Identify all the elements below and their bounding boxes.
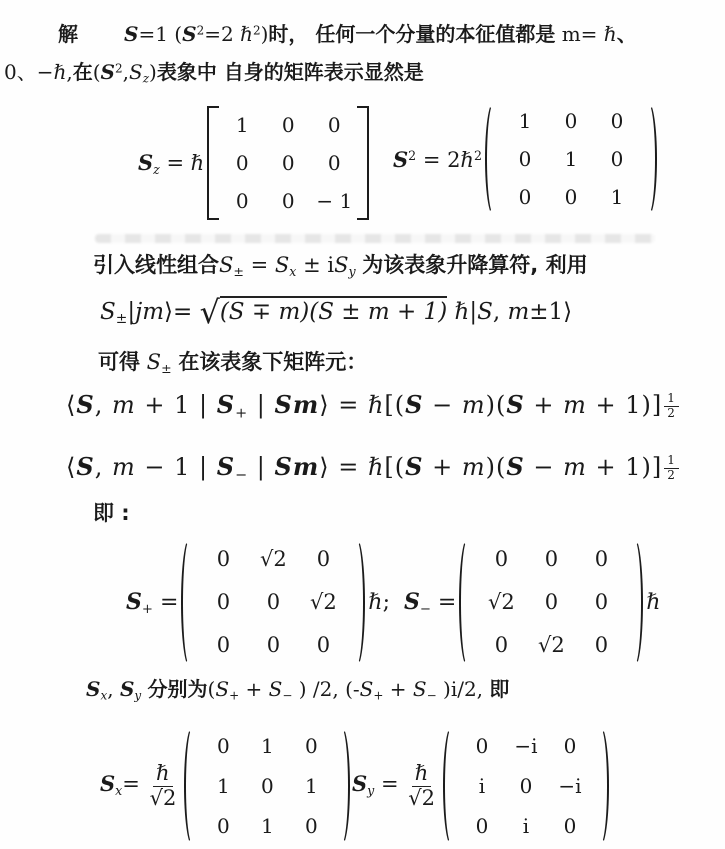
matrix-cell: 0 (476, 538, 526, 581)
math-token: [( (384, 453, 405, 481)
matrix-right-bracket (592, 726, 609, 846)
math-token: ℏ√2 (408, 762, 435, 809)
matrix-cell: 0 (548, 178, 594, 216)
math-token: m (507, 299, 529, 325)
math-token: S (217, 390, 235, 419)
math-token: m= (555, 22, 603, 46)
math-token: ℏ (604, 22, 617, 46)
math-token: + (239, 677, 268, 701)
math-token: − (525, 453, 563, 481)
matrix-cell: 0 (248, 624, 298, 667)
s-squared-matrix: 100010001 (485, 102, 657, 216)
matrix-cell: 0 (311, 106, 357, 144)
math-token: ± (116, 311, 128, 327)
matrix-cell: 0 (594, 140, 640, 178)
matrix-cell: 1 (245, 806, 289, 846)
math-token: ℏ (368, 453, 384, 481)
math-token: − (420, 601, 431, 616)
matrix-cell: 0 (289, 806, 333, 846)
sx-matrix-equation: Sx= ℏ√2 010101010 (100, 726, 353, 846)
math-token: ⟩= (164, 299, 200, 325)
math-token: jm (135, 299, 164, 325)
matrix-cell: 0 (198, 538, 248, 581)
math-token: + (229, 689, 239, 703)
math-token: Sm (274, 452, 319, 481)
matrix-cell: √2 (526, 624, 576, 667)
matrix-left-bracket (181, 538, 198, 667)
math-token: ± (161, 361, 172, 376)
math-token: 2 (115, 61, 123, 75)
s-squared-matrix-equation: S2 = 2ℏ2 100010001 (393, 102, 660, 216)
math-token: ℏ (191, 151, 205, 175)
math-token: √ (200, 295, 220, 331)
math-token: + (235, 405, 248, 421)
math-token: y (348, 264, 355, 279)
matrix-grid: 0−i0i0−i0i0 (460, 726, 592, 846)
math-token: S (275, 253, 289, 277)
sy-equation-label: Sy = ℏ√2 (352, 762, 440, 809)
matrix-cell: 0 (265, 182, 311, 220)
math-token: + 1)] (587, 391, 662, 419)
math-token: m (462, 453, 486, 481)
matrix-cell: 0 (476, 624, 526, 667)
math-token: )( (486, 453, 507, 481)
sy-matrix: 0−i0i0−i0i0 (443, 726, 609, 846)
sx-equation-label: Sx= ℏ√2 (100, 762, 181, 809)
solution-intro-line-2: 0、−ℏ,在(S2,Sz)表象中 自身的矩阵表示显然是 (4, 60, 424, 87)
matrix-cell: 0 (265, 106, 311, 144)
matrix-cell: 1 (289, 766, 333, 806)
math-token: S (352, 772, 367, 797)
s-squared-equation-label: S2 = 2ℏ2 (393, 147, 482, 172)
math-token: S (334, 253, 348, 277)
math-token: ± i (296, 253, 334, 277)
math-token: S (76, 452, 94, 481)
math-token: ℏ (454, 299, 469, 325)
matrix-cell: 1 (548, 140, 594, 178)
math-token: z (153, 161, 160, 176)
sz-equation-label: Sz = ℏ (138, 150, 204, 177)
math-token: S (413, 677, 427, 701)
math-token: 分别为 (148, 677, 208, 701)
math-token: ℏ (646, 590, 660, 615)
math-token: m (112, 391, 136, 419)
math-token: ℏ (368, 391, 384, 419)
math-token: ± (233, 264, 244, 279)
matrix-cell: √2 (248, 538, 298, 581)
s-minus-hbar-suffix: ℏ (646, 590, 660, 615)
matrix-cell: 0 (526, 538, 576, 581)
math-token: S (101, 60, 115, 84)
math-token: 可得 (98, 350, 140, 374)
matrix-cell: 0 (219, 182, 265, 220)
math-token: 12 (664, 392, 679, 420)
math-token: 0、− (4, 60, 53, 84)
math-token: + 1)] (587, 453, 662, 481)
matrix-cell: 0 (548, 806, 592, 846)
math-token: S (404, 589, 420, 615)
math-token: (S ∓ m)(S ± m + 1) (220, 296, 447, 325)
math-token: | (127, 299, 135, 325)
matrix-cell: 0 (548, 102, 594, 140)
math-token: S (76, 390, 94, 419)
math-token: ( (93, 60, 101, 84)
math-token: 表象中 自身的矩阵表示显然是 (157, 60, 424, 84)
math-token: + 1 | (136, 391, 217, 419)
math-token: ) /2, (- (292, 677, 359, 701)
math-token: S (269, 677, 283, 701)
matrix-cell: 0 (245, 766, 289, 806)
math-token: S (129, 60, 143, 84)
math-token: | (248, 391, 274, 419)
math-token: ℏ (53, 60, 66, 84)
math-token: , (95, 453, 112, 481)
math-token: [( (384, 391, 405, 419)
math-token: S (393, 147, 408, 172)
matrix-left-bracket (459, 538, 476, 667)
math-token: + (525, 391, 563, 419)
matrix-cell: 1 (245, 726, 289, 766)
sy-matrix-equation: Sy = ℏ√2 0−i0i0−i0i0 (352, 726, 612, 846)
namely-label: 即 : (93, 500, 130, 526)
math-token: 时， 任何一个分量的本征值都是 (268, 22, 555, 46)
math-token: = 2 (416, 148, 460, 172)
matrix-left-bracket (485, 102, 502, 216)
math-token: ℏ (368, 590, 382, 615)
matrix-cell: 0 (201, 726, 245, 766)
matrix-right-bracket (357, 106, 369, 220)
math-token: S (215, 677, 229, 701)
math-token: S (405, 390, 423, 419)
math-token: = (153, 590, 178, 615)
math-token: = (374, 773, 405, 797)
math-token: , (107, 677, 120, 701)
math-token: m (563, 453, 587, 481)
matrix-cell: 0 (289, 726, 333, 766)
matrix-grid: 0√2000√2000 (198, 538, 348, 667)
math-token: m (563, 391, 587, 419)
s-minus-matrix: 000√2000√20 (459, 538, 643, 667)
math-token: 2 (253, 23, 261, 37)
math-token: )( (486, 391, 507, 419)
math-token: =1 ( (138, 22, 182, 46)
matrix-grid: 10000000− 1 (219, 106, 357, 220)
math-token: S (86, 677, 100, 701)
matrix-cell: − 1 (311, 182, 357, 220)
math-token: , (95, 391, 112, 419)
matrix-left-bracket (207, 106, 219, 220)
math-token: ℏ√2 (150, 762, 177, 809)
math-token: S (138, 150, 153, 175)
math-token: − (424, 391, 462, 419)
math-token: S (126, 589, 142, 615)
matrix-grid: 100010001 (502, 102, 640, 216)
s-minus-matrix-element-formula: ⟨S, m − 1 | S− | Sm⟩ = ℏ[(S + m)(S − m +… (66, 452, 679, 484)
matrix-grid: 000√2000√20 (476, 538, 626, 667)
matrix-grid: 010101010 (201, 726, 333, 846)
math-token: + (424, 453, 462, 481)
math-token: 为该表象升降算符, 利用 (362, 253, 587, 277)
math-token: − 1 | (136, 453, 217, 481)
math-token: ) (149, 60, 157, 84)
math-token: , (493, 299, 508, 325)
sx-matrix: 010101010 (184, 726, 350, 846)
ladder-action-formula: S±|jm⟩= √(S ∓ m)(S ± m + 1) ℏ|S, m±1⟩ (100, 298, 572, 330)
math-token: ±1⟩ (529, 299, 572, 325)
math-token: ℏ (240, 22, 253, 46)
matrix-cell: i (504, 806, 548, 846)
s-plus-matrix: 0√2000√2000 (181, 538, 365, 667)
matrix-right-bracket (348, 538, 365, 667)
matrix-cell: 0 (298, 538, 348, 581)
math-token: =2 (204, 22, 240, 46)
matrix-cell: √2 (298, 581, 348, 624)
sx-sy-definition-line: Sx, Sy 分别为(S+ + S− ) /2, (-S+ + S− )i/2,… (86, 677, 509, 704)
math-token: S (124, 22, 138, 46)
sz-matrix-equation: Sz = ℏ 10000000− 1 (138, 106, 372, 220)
matrix-cell: 0 (526, 581, 576, 624)
matrix-cell: 0 (460, 726, 504, 766)
math-token: 、 (617, 22, 637, 46)
raising-lowering-matrices-row: S+ = 0√2000√2000 ℏ; S− = 000√2000√20 ℏ (126, 538, 661, 667)
math-token: 在 (73, 60, 93, 84)
math-token: | (469, 299, 477, 325)
matrix-cell: √2 (476, 581, 526, 624)
math-token: 即 : (93, 501, 130, 525)
matrix-cell: 0 (219, 144, 265, 182)
s-minus-equation-label: S− = (404, 589, 456, 617)
matrix-cell: 0 (504, 766, 548, 806)
s-plus-matrix-element-formula: ⟨S, m + 1 | S+ | Sm⟩ = ℏ[(S − m)(S + m +… (66, 390, 679, 422)
scanned-physics-solution-page: 解S=1 (S2=2 ℏ2)时， 任何一个分量的本征值都是 m= ℏ、 0、−ℏ… (0, 0, 725, 849)
math-token: ; (383, 590, 390, 615)
math-token: − (235, 467, 248, 483)
matrix-cell: 0 (298, 624, 348, 667)
math-token: m (462, 391, 486, 419)
math-token: S (477, 299, 493, 325)
math-token: S (217, 452, 235, 481)
scan-smudge-artifact (95, 234, 655, 243)
math-token: S (405, 452, 423, 481)
matrix-cell: i (460, 766, 504, 806)
matrix-cell: 0 (460, 806, 504, 846)
math-token: 2 (408, 148, 416, 163)
matrix-cell: 0 (265, 144, 311, 182)
matrix-cell: 0 (576, 538, 626, 581)
math-token: ⟩ = (319, 453, 368, 481)
math-token: | (248, 453, 274, 481)
matrix-cell: 1 (594, 178, 640, 216)
matrix-cell: 0 (201, 806, 245, 846)
math-token: ℏ (461, 148, 475, 172)
s-plus-equation-label: S+ = (126, 589, 178, 617)
matrix-cell: 0 (576, 624, 626, 667)
math-token: )i/2, (437, 677, 490, 701)
matrix-cell: 1 (201, 766, 245, 806)
math-token: + (383, 677, 412, 701)
ladder-operator-intro-line: 引入线性组合S± = Sx ± iSy 为该表象升降算符, 利用 (93, 252, 588, 280)
math-token: 12 (664, 454, 679, 482)
math-token: Sm (274, 390, 319, 419)
matrix-cell: 0 (198, 624, 248, 667)
matrix-right-bracket (333, 726, 350, 846)
matrix-cell: 0 (576, 581, 626, 624)
math-token: ⟨ (66, 453, 76, 481)
math-token: 解 (58, 22, 78, 46)
math-token: = (244, 253, 275, 277)
matrix-left-bracket (184, 726, 201, 846)
math-token: S (506, 390, 524, 419)
math-token: 即 (489, 677, 509, 701)
matrix-element-intro-line: 可得 S± 在该表象下矩阵元： (98, 349, 367, 377)
math-token: S (506, 452, 524, 481)
s-plus-hbar-suffix: ℏ; (368, 590, 390, 615)
math-token: 2 (474, 148, 482, 163)
math-token: m (112, 453, 136, 481)
math-token: = (431, 590, 456, 615)
matrix-cell: 1 (219, 106, 265, 144)
math-token: ⟩ = (319, 391, 368, 419)
sz-matrix: 10000000− 1 (207, 106, 369, 220)
solution-intro-line-1: 解S=1 (S2=2 ℏ2)时， 任何一个分量的本征值都是 m= ℏ、 (58, 22, 637, 47)
math-token: S (140, 350, 161, 374)
math-token: S (219, 253, 233, 277)
math-token: 在该表象下矩阵元： (178, 350, 367, 374)
math-token: S (120, 677, 134, 701)
math-token: + (373, 689, 383, 703)
matrix-cell: 0 (502, 178, 548, 216)
matrix-right-bracket (640, 102, 657, 216)
matrix-left-bracket (443, 726, 460, 846)
math-token: 引入线性组合 (93, 253, 219, 277)
matrix-cell: −i (504, 726, 548, 766)
math-token: = (122, 773, 146, 797)
matrix-cell: −i (548, 766, 592, 806)
math-token: S (182, 22, 196, 46)
math-token: − (427, 689, 437, 703)
matrix-cell: 0 (311, 144, 357, 182)
math-token: S (100, 772, 115, 797)
math-token: − (282, 689, 292, 703)
matrix-right-bracket (626, 538, 643, 667)
matrix-cell: 0 (198, 581, 248, 624)
math-token: = (160, 151, 191, 175)
math-token: ⟨ (66, 391, 76, 419)
math-token: + (142, 601, 153, 616)
matrix-cell: 1 (502, 102, 548, 140)
matrix-cell: 0 (548, 726, 592, 766)
matrix-cell: 0 (502, 140, 548, 178)
matrix-cell: 0 (594, 102, 640, 140)
math-token: S (100, 299, 116, 325)
matrix-cell: 0 (248, 581, 298, 624)
math-token: S (360, 677, 374, 701)
